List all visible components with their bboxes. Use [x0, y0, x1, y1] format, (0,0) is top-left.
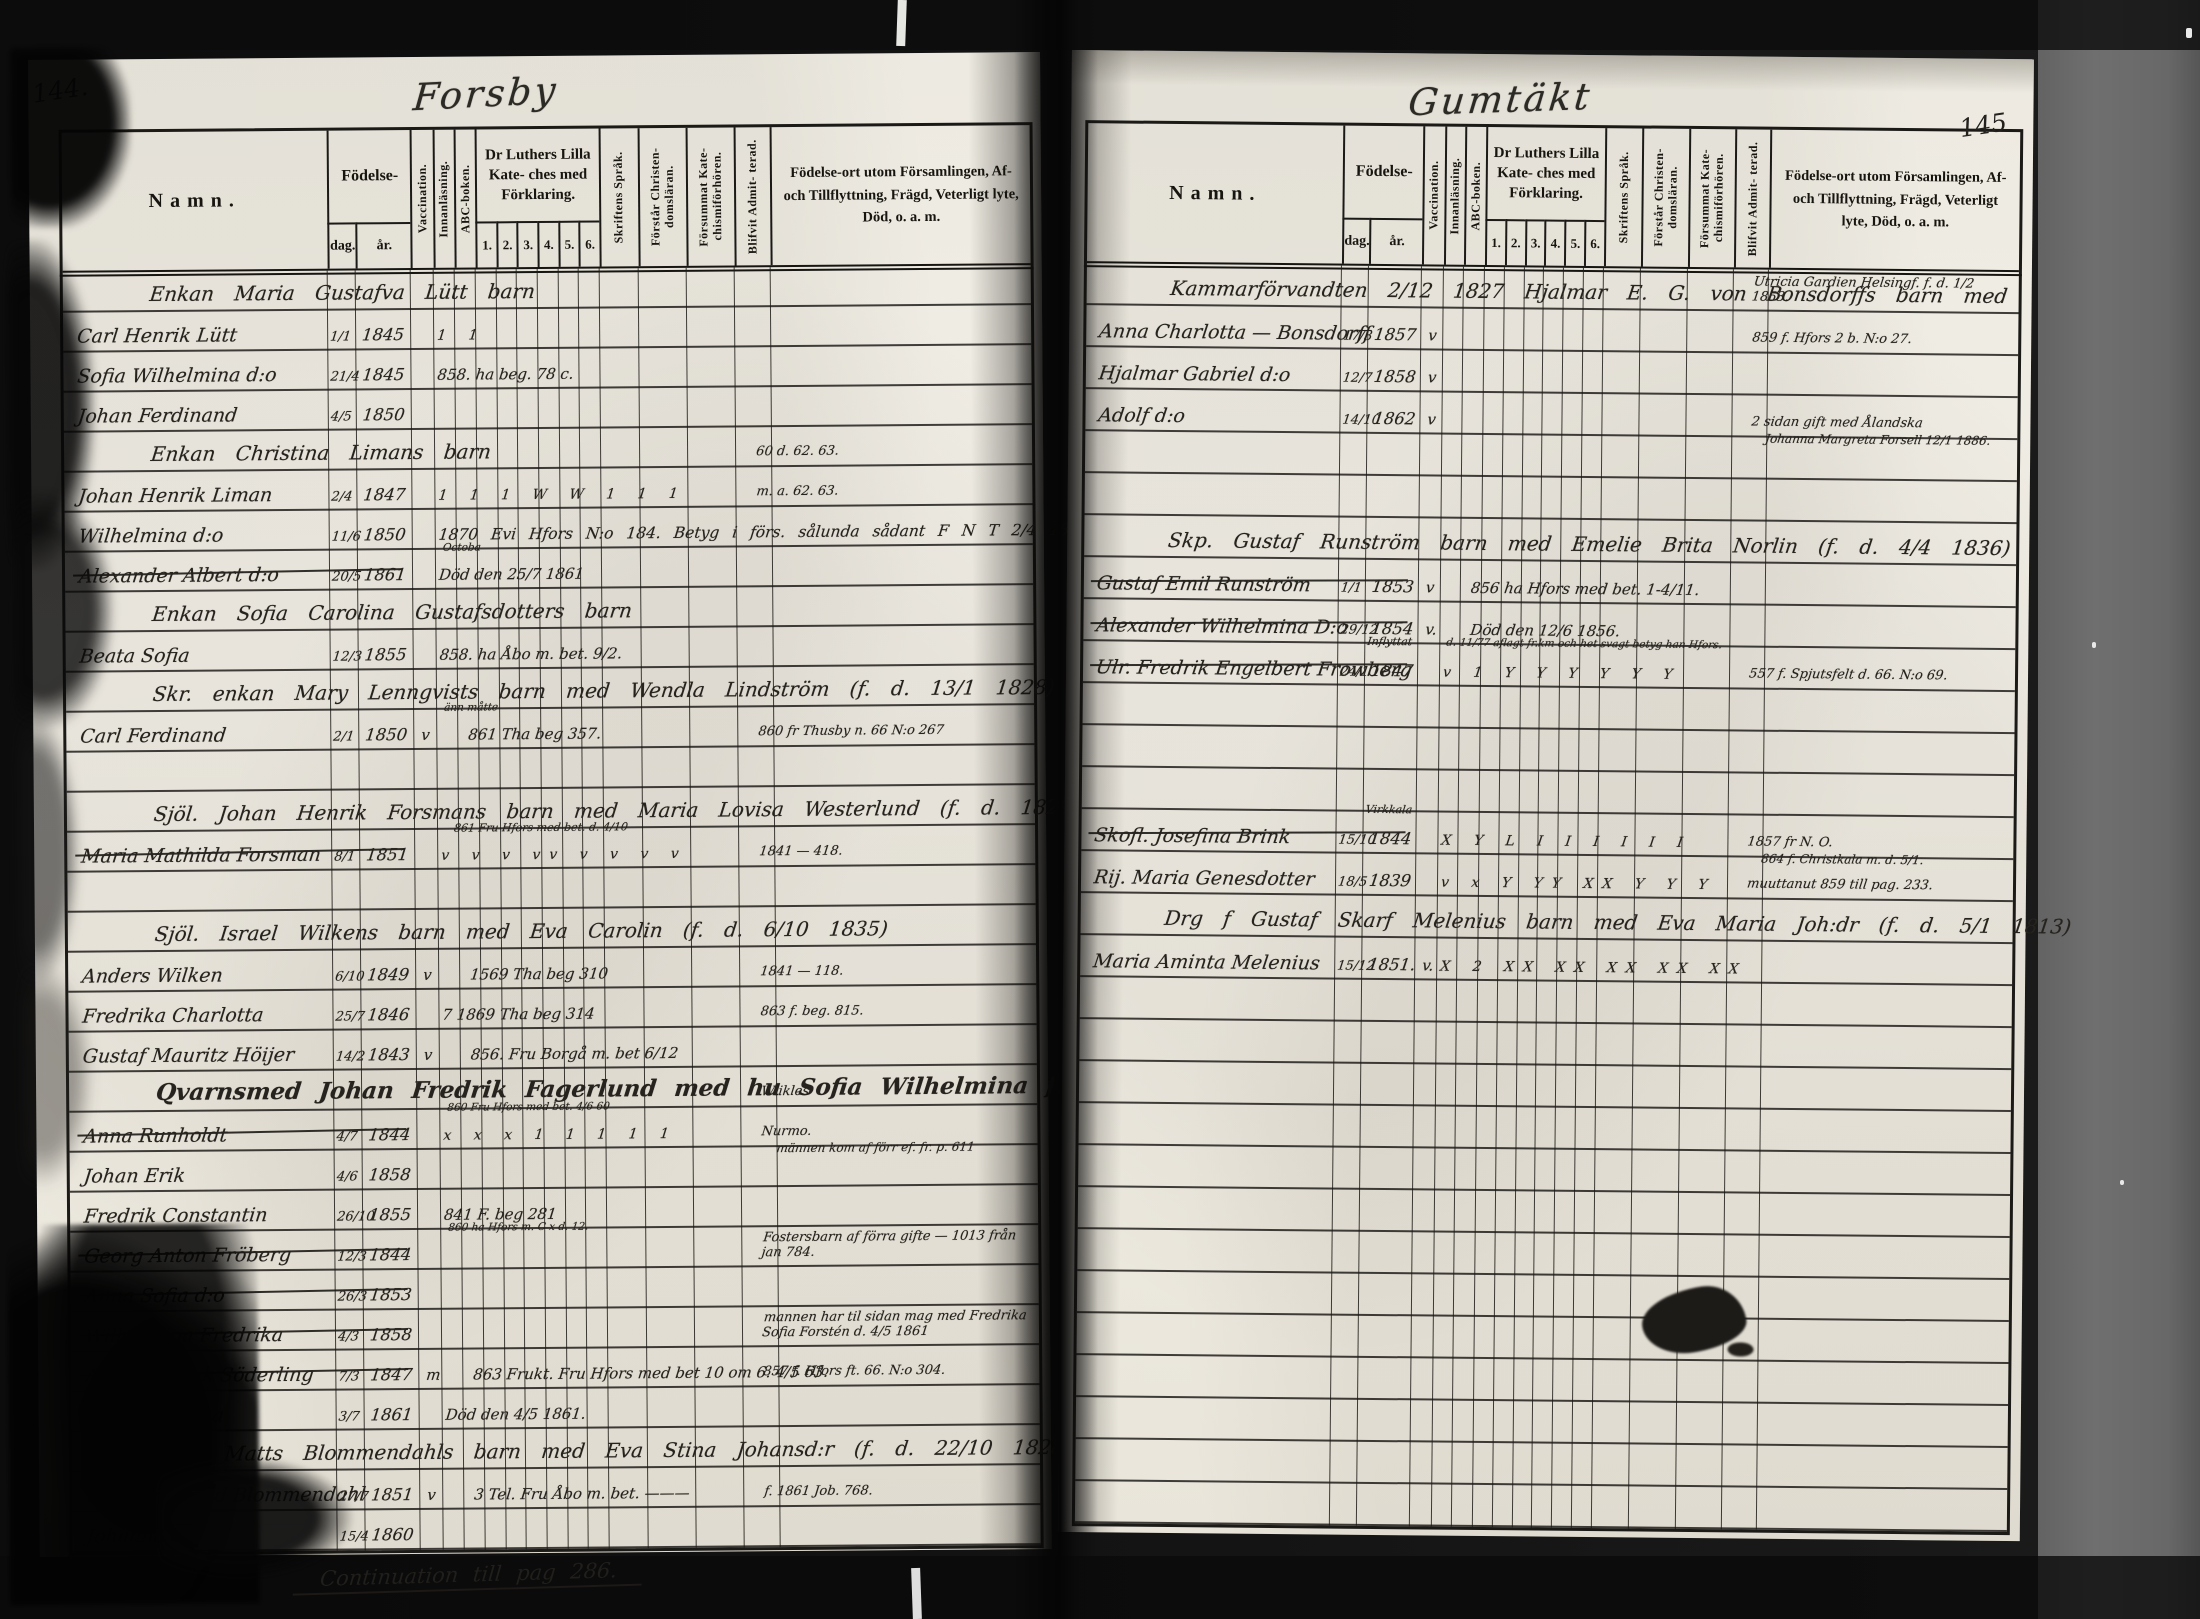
birth-year: 1861: [370, 1405, 414, 1424]
vertical-label: Försummat Kate- chismiförhören.: [697, 132, 726, 262]
table-header: Namn. Födelse- dag. år. Vaccination. Inn…: [1087, 123, 2020, 272]
entry-remark: Utricia Gardien Helsingf. f. d. 1/2 1853…: [1751, 275, 2016, 307]
entry-name: Gustaf Emil Runström: [1095, 572, 1312, 596]
column-header-k4: 4.: [537, 221, 558, 267]
birth-day: 26/3: [337, 1289, 368, 1304]
column-header-admitterad: Blifvit Admit- terad.: [734, 127, 771, 265]
birth-year: 1855: [368, 1205, 412, 1224]
entry-supnote: 860 Fru Hfors med bet. 4/6 60: [446, 1100, 610, 1113]
birth-year: 1851.: [1367, 955, 1417, 974]
entry-name: Adolf d:o: [1097, 404, 1186, 427]
entry-supnote: Octoba: [442, 541, 481, 553]
column-header-k1: 1.: [476, 221, 497, 267]
birth-year: 1847: [362, 485, 406, 504]
birth-year: 1850: [364, 725, 408, 744]
vertical-label: Förstår Christen- domsläran.: [649, 132, 678, 262]
vertical-label: ABC-boken.: [459, 164, 473, 233]
birth-day: 8/1: [334, 849, 357, 864]
entry-remark: 1841 — 418.: [759, 845, 844, 860]
column-header-skriftens-sprak: Skriftens Språk.: [1604, 128, 1643, 266]
table-header: Namn. Födelse- dag. år. Vaccination. Inn…: [62, 125, 1031, 273]
column-header-namn: Namn.: [62, 131, 328, 271]
vaccination-mark: v: [426, 1486, 437, 1504]
birth-year: 1847: [369, 1365, 413, 1384]
column-header-k4: 4.: [1544, 220, 1564, 266]
entry-note: 856. Fru Borgå m. bet 6/12: [470, 1044, 679, 1064]
entry-name: Anders Wilken: [80, 964, 223, 987]
column-header-skriftens-sprak: Skriftens Språk.: [598, 128, 638, 266]
birth-year: 1850: [362, 405, 406, 424]
column-header-kateches: Dr Luthers Lilla Kate- ches med Förklari…: [475, 129, 599, 222]
entry-name: Adolf Fredrik Söderling: [84, 1364, 315, 1388]
vertical-label: ABC-boken.: [1469, 161, 1483, 230]
entry-remark: 859 f. Hfors 2 b. N:o 27.: [1752, 332, 1913, 348]
page-title-handwritten: Gumtäkt: [1406, 75, 1594, 124]
column-header-abc-boken: ABC-boken.: [1464, 127, 1486, 265]
birth-year: 1851: [365, 845, 409, 864]
column-header-forstar: Förstår Christen- domsläran.: [1641, 128, 1689, 266]
vertical-label: Förstår Christen- domsläran.: [1652, 133, 1681, 263]
catechism-marks: v 1 Y Y Y Y Y Y: [1442, 665, 1683, 683]
family-heading: Skr. enkan Mary Lenngvists barn med Wend…: [152, 675, 1056, 706]
vertical-label: Skriftens Språk.: [1617, 151, 1632, 243]
entry-remark: Fostersbarn af förra gifte — 1013 från j…: [761, 1229, 1035, 1260]
entry-name: Georg Anton Fröberg: [83, 1244, 292, 1268]
vaccination-mark: v: [1426, 410, 1437, 428]
birth-day: 4/6: [336, 1169, 359, 1184]
column-header-ar: år.: [356, 222, 412, 268]
birth-day: 15/4: [339, 1529, 370, 1544]
vertical-label: Skriftens Språk.: [612, 151, 627, 243]
birth-day: 17/3: [1342, 329, 1373, 344]
birth-day: 12/3: [332, 649, 363, 664]
birth-day: 27/7: [339, 1489, 370, 1504]
entry-name: Anna Runholdt: [82, 1124, 228, 1147]
entry-note: 1870 Evi Hfors N:o 184. Betyg i förs. så…: [437, 521, 1089, 544]
column-header-k1: 1.: [1485, 219, 1505, 265]
vaccination-mark: v: [422, 966, 433, 984]
entry-name: Johanna d:o: [85, 1525, 202, 1548]
birth-day: 4/3: [337, 1329, 360, 1344]
family-heading: Skp. Gustaf Runström barn med Emelie Bri…: [1167, 528, 2012, 560]
column-header-k2: 2.: [1505, 219, 1525, 265]
birth-year: 1844: [367, 1125, 411, 1144]
birth-day: 24/1: [1339, 665, 1370, 680]
column-header-ar: år.: [1369, 218, 1423, 265]
family-heading: Mst. Matts Blommendahls barn med Eva Sti…: [158, 1435, 1074, 1466]
column-header-fodelse: Födelse-: [1343, 126, 1424, 219]
entries-left: Enkan Maria Gustafva Lütt barnCarl Henri…: [63, 265, 1041, 1553]
entry-name: Anna Sofia d:o: [83, 1284, 226, 1307]
birth-year: 1861: [363, 565, 407, 584]
birth-day: 6/10: [335, 969, 366, 984]
birth-day: 7/3: [338, 1369, 361, 1384]
column-header-k6: 6.: [1584, 220, 1604, 266]
family-heading: Enkan Sofia Carolina Gustafsdotters barn: [151, 598, 634, 626]
entry-note: Död den 4/5 1861.: [444, 1405, 586, 1424]
vertical-label: Blifvit Admit- terad.: [746, 139, 761, 254]
vertical-label: Försummat Kate- chismiförhören.: [1698, 133, 1727, 263]
entry-name: Skofl. Josefina Brink: [1093, 824, 1292, 848]
birth-year: 1862: [1372, 409, 1417, 428]
entry-name: Maria Aminta Melenius: [1092, 950, 1322, 974]
column-header-remark: Födelse-ort utom Församlingen, Af- och T…: [770, 125, 1031, 265]
vertical-label: Vaccination.: [1428, 161, 1442, 230]
column-header-k3: 3.: [1525, 219, 1545, 265]
column-header-forsummat: Försummat Kate- chismiförhören.: [1688, 129, 1736, 267]
vertical-label: Innanläsning.: [437, 160, 451, 237]
birth-day: 4/5: [330, 409, 353, 424]
birth-year: 1860: [371, 1525, 415, 1544]
family-heading: Sjöl. Israel Wilkens barn med Eva Caroli…: [154, 916, 890, 946]
birth-day: 12/3: [337, 1249, 368, 1264]
entry-name: Maria Mathilda Forsman: [80, 844, 322, 868]
entry-name: Rij. Maria Genesdotter: [1093, 866, 1316, 890]
entry-remark: Wiikles: [760, 1085, 810, 1100]
catechism-marks: 1 1: [436, 327, 487, 343]
entry-remark: 857 f. Hfors ft. 66. N:o 304.: [763, 1364, 947, 1380]
birth-day: 14/2: [335, 1049, 366, 1064]
entry-name: Johan Erik: [82, 1165, 186, 1188]
catechism-marks: X Y L I I I I I I: [1440, 833, 1692, 851]
column-header-forsummat: Försummat Kate- chismiförhören.: [686, 127, 735, 265]
vaccination-mark: v: [423, 1046, 434, 1064]
entry-name: Fredrika Charlotta: [81, 1004, 265, 1027]
entry-name: Johan Henrik Liman: [77, 484, 273, 508]
column-header-namn: Namn.: [1087, 123, 1344, 263]
entry-name: Sofia Fredrika: [84, 1404, 225, 1427]
column-header-fodelse: Födelse-: [327, 130, 411, 223]
entry-name: Carl Henrik Lütt: [75, 324, 237, 347]
register-table: Namn. Födelse- dag. år. Vaccination. Inn…: [1072, 120, 2023, 1535]
birth-year: 1858: [368, 1165, 412, 1184]
column-header-k2: 2.: [496, 221, 517, 267]
birth-day: 2/1: [333, 729, 356, 744]
family-heading: Drg f Gustaf Skarf Melenius barn med Eva…: [1163, 906, 2073, 939]
vaccination-mark: v.: [1421, 956, 1435, 974]
entry-remark: 1841 — 118.: [759, 965, 844, 980]
entry-name: Eva Ferdinand Blommendahl: [85, 1483, 367, 1507]
birth-day: 12/7: [1342, 371, 1373, 386]
page-title-handwritten: Forsby: [411, 69, 560, 120]
column-header-vaccination: Vaccination.: [410, 130, 433, 268]
column-header-remark: Födelse-ort utom Församlingen, Af- och T…: [1769, 130, 2020, 270]
catechism-marks: v v v vv v v v v: [440, 846, 688, 864]
column-header-innanlasning: Innanläsning.: [1444, 127, 1466, 265]
entry-name: Wilhelmina d:o: [77, 524, 224, 547]
birth-year: 1849: [366, 965, 410, 984]
column-header-innanlasning: Innanläsning.: [432, 130, 454, 268]
birth-year: 1858: [369, 1325, 413, 1344]
entry-supnote: d. 11/77 aflagt fr.km och het svagt bety…: [1446, 637, 1723, 652]
birth-year: 1857: [1373, 325, 1418, 344]
entry-name: Sofia Wilhelmina d:o: [76, 364, 278, 388]
birth-day: 4/7: [336, 1129, 359, 1144]
vaccination-mark: v: [1425, 578, 1436, 596]
birth-year: 1853: [369, 1285, 413, 1304]
catechism-marks: X 2 XX XX XX XX XX: [1439, 959, 1748, 978]
entry-note: 3 Tel. Fru Åbo m. bet. ———: [473, 1484, 690, 1504]
birth-day: 2/4: [331, 489, 354, 504]
register-table: Namn. Födelse- dag. år. Vaccination. Inn…: [59, 122, 1044, 1556]
birth-year: 1844: [1368, 829, 1413, 848]
vertical-label: Vaccination.: [416, 164, 430, 233]
entry-remark: 2 sidan gift med Ålandska: [1751, 416, 1924, 432]
entry-supnote: 860 ha Hfors m. C x d. 12.: [447, 1221, 589, 1234]
dust-fleck: [2186, 28, 2192, 38]
birth-year: 1847: [1370, 661, 1415, 680]
catechism-marks: 1 1 1 W W 1 1 1: [437, 486, 687, 504]
entry-remark: 557 f. Spjutsfelt d. 66. N:o 69.: [1748, 668, 1948, 684]
entry-name: Gustaf Mauritz Höijer: [81, 1044, 295, 1068]
birth-year: 1845: [362, 365, 406, 384]
birth-day: 21/4: [330, 369, 361, 384]
dust-fleck: [2092, 642, 2096, 648]
book-page-right: 145 Gumtäkt Namn. Födelse- dag. år. Vacc…: [1058, 50, 2034, 1541]
scanned-parish-register-spread: 144. Forsby Namn. Födelse- dag. år. Vacc…: [0, 0, 2200, 1619]
entry-remark: 860 fr Thusby n. 66 N:o 267: [758, 724, 945, 740]
entry-name: Fredrik Constantin: [82, 1204, 268, 1227]
birth-day: 20/5: [331, 569, 362, 584]
page-content: Namn. Födelse- dag. år. Vaccination. Inn…: [58, 52, 1044, 1594]
column-header-k5: 5.: [558, 221, 579, 267]
column-header-dag: dag.: [328, 222, 356, 268]
birth-day: 1/1: [329, 329, 352, 344]
dust-fleck: [2120, 1180, 2124, 1185]
birth-year: 1850: [363, 525, 407, 544]
entry-note: 7 1869 Tha beg 314: [441, 1005, 595, 1024]
column-header-k6: 6.: [579, 221, 600, 267]
page-content: Namn. Födelse- dag. år. Vaccination. Inn…: [1072, 50, 2024, 1535]
scanner-background: [2038, 0, 2200, 1619]
birth-year: 1855: [364, 645, 408, 664]
column-header-vaccination: Vaccination.: [1422, 126, 1445, 264]
book-page-left: 144. Forsby Namn. Födelse- dag. år. Vacc…: [28, 52, 1052, 1557]
entry-remark: 1857 fr N. O.: [1747, 836, 1834, 851]
entry-name: Anna Charlotta — Bonsdorff: [1098, 320, 1372, 345]
entry-note: 858. ha Åbo m. bet. 9/2.: [438, 644, 623, 663]
entry-note: 861 Tha beg 357.: [467, 725, 602, 744]
entry-row: Johanna d:o15/41860: [72, 1505, 1040, 1553]
empty-ruled-row: [1075, 1481, 2007, 1532]
entry-remark: 60 d. 62. 63.: [755, 445, 839, 460]
vaccination-mark: m: [426, 1366, 442, 1384]
entry-remark: m. a. 62. 63.: [756, 485, 840, 500]
entry-note: 1569 Tha beg 310: [469, 964, 609, 983]
entry-remark: Nurmo.: [761, 1125, 813, 1140]
vaccination-mark: v: [421, 726, 432, 744]
birth-year: 1858: [1373, 367, 1418, 386]
birth-day: 11/6: [331, 529, 362, 544]
birth-year: 1853: [1371, 577, 1416, 596]
film-registration-mark-top: [896, 0, 907, 46]
birth-year: 1839: [1368, 871, 1413, 890]
vaccination-mark: v: [1427, 326, 1438, 344]
birth-year: 1845: [361, 325, 405, 344]
column-header-kateches: Dr Luthers Lilla Kate- ches med Förklari…: [1485, 127, 1605, 220]
birth-day: 18/5: [1337, 875, 1368, 890]
film-edge-top: [0, 0, 2200, 50]
entry-name: Johan Ferdinand: [76, 404, 238, 427]
catechism-marks: x x x 1 1 1 1 1: [442, 1126, 678, 1144]
page-fold-shadow: [1014, 0, 1098, 1619]
entry-supnote: änn måtte: [443, 701, 498, 713]
entry-name: Hjalmar Gabriel d:o: [1097, 362, 1291, 386]
family-heading: Enkan Maria Gustafva Lütt barn: [149, 279, 537, 306]
entry-name: Carl Ferdinand: [79, 724, 227, 747]
vertical-label: Innanläsning.: [1449, 157, 1464, 234]
entry-name: Beata Sofia: [78, 645, 191, 668]
entries-right: Kammarförvandten 2/12 1827 Hjalmar E. G.…: [1075, 263, 2019, 1532]
entry-name: Alexander Albert d:o: [77, 564, 279, 588]
column-header-forstar: Förstår Christen- domsläran.: [637, 128, 686, 266]
birth-day: 3/7: [338, 1409, 361, 1424]
entry-name: Alexander Wilhelmina D:o: [1095, 614, 1349, 638]
birth-year: 1844: [368, 1245, 412, 1264]
vertical-label: Blifvit Admit- terad.: [1746, 141, 1761, 256]
birth-year: 1851: [370, 1485, 414, 1504]
entry-note: 858. ha beg. 78 c.: [436, 365, 574, 384]
vaccination-mark: v: [1427, 368, 1438, 386]
family-heading: Enkan Christina Limans barn: [150, 439, 493, 466]
entry-remark: mannen har til sidan mag med Fredrika So…: [761, 1309, 1035, 1340]
column-header-dag: dag.: [1342, 218, 1369, 264]
entry-note: 856 ha Hfors med bet. 1-4/11.: [1469, 579, 1700, 599]
birth-day: 25/7: [335, 1009, 366, 1024]
entry-remark: 863 f. beg. 815.: [760, 1005, 865, 1020]
entry-note: Död den 25/7 1861: [438, 565, 585, 584]
column-header-abc-boken: ABC-boken.: [454, 129, 476, 267]
birth-year: 1846: [367, 1005, 411, 1024]
birth-year: 1843: [367, 1045, 411, 1064]
entry-supnote-year: Inflyttat: [1367, 635, 1414, 648]
catechism-marks: v x Y YY XX Y Y Y: [1440, 875, 1717, 894]
birth-day: 1/1: [1340, 581, 1363, 596]
entry-supnote-year: Virkkala: [1365, 803, 1413, 816]
column-header-admitterad: Blifvit Admit- terad.: [1734, 129, 1770, 267]
entry-remark: f. 1861 Job. 768.: [764, 1485, 874, 1500]
entry-name: Wilhelmina Fredrika: [83, 1324, 284, 1348]
column-header-k5: 5.: [1564, 220, 1584, 266]
vaccination-mark: v.: [1424, 620, 1438, 638]
column-header-k3: 3.: [517, 221, 538, 267]
entry-remark: muuttanut 859 till pag. 233.: [1746, 878, 1934, 894]
